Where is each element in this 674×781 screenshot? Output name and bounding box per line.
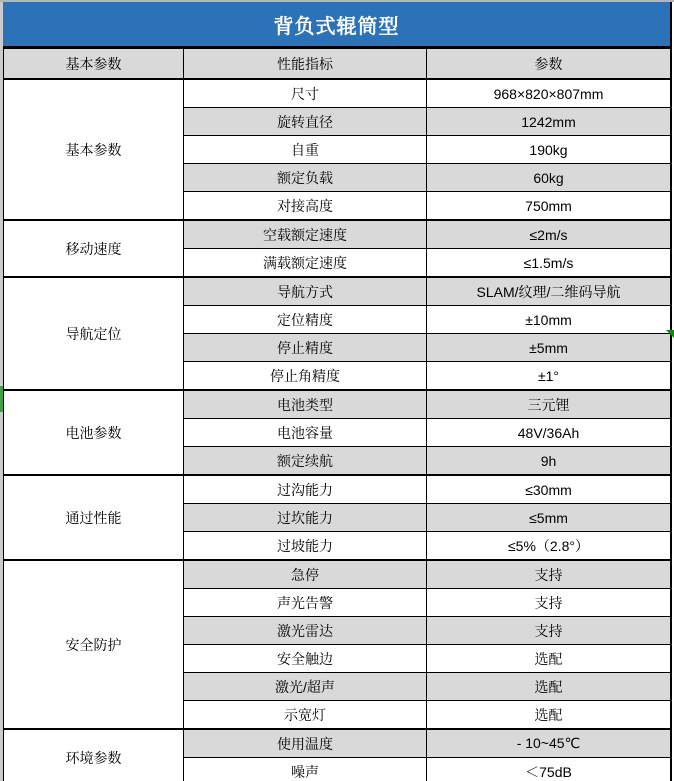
table-row: 通过性能过沟能力≤30mm <box>4 475 672 504</box>
spec-name-cell: 过沟能力 <box>184 475 427 504</box>
table-title-bar: 背负式辊筒型 <box>3 2 672 48</box>
spec-value-cell: ≤5mm <box>427 504 672 532</box>
spec-name-cell: 额定续航 <box>184 447 427 476</box>
spec-value-cell: 1242mm <box>427 108 672 136</box>
spec-table-body: 基本参数尺寸968×820×807mm旋转直径1242mm自重190kg额定负载… <box>4 79 672 781</box>
spec-value-cell: ±1° <box>427 362 672 391</box>
spec-value-cell: ＜75dB <box>427 758 672 781</box>
spec-name-cell: 自重 <box>184 136 427 164</box>
comment-marker-icon <box>666 330 674 338</box>
group-label-cell: 电池参数 <box>4 390 184 475</box>
column-header-indicator: 性能指标 <box>184 49 427 80</box>
table-row: 电池参数电池类型三元锂 <box>4 390 672 419</box>
spec-value-cell: 支持 <box>427 560 672 589</box>
group-label-cell: 通过性能 <box>4 475 184 560</box>
spec-value-cell: 60kg <box>427 164 672 192</box>
spec-value-cell: 支持 <box>427 589 672 617</box>
spec-value-cell: 48V/36Ah <box>427 419 672 447</box>
spec-value-cell: 选配 <box>427 645 672 673</box>
spec-name-cell: 噪声 <box>184 758 427 781</box>
spec-name-cell: 尺寸 <box>184 79 427 108</box>
spec-name-cell: 过坡能力 <box>184 532 427 561</box>
spec-name-cell: 停止精度 <box>184 334 427 362</box>
excel-selection-mark <box>0 386 3 412</box>
spec-value-cell: 9h <box>427 447 672 476</box>
group-label-cell: 环境参数 <box>4 729 184 781</box>
column-header-category: 基本参数 <box>4 49 184 80</box>
spec-name-cell: 声光告警 <box>184 589 427 617</box>
spec-value-cell: 选配 <box>427 701 672 730</box>
spec-name-cell: 对接高度 <box>184 192 427 221</box>
spec-value-cell: 750mm <box>427 192 672 221</box>
spec-name-cell: 定位精度 <box>184 306 427 334</box>
spec-value-cell: ±5mm <box>427 334 672 362</box>
table-row: 移动速度空载额定速度≤2m/s <box>4 220 672 249</box>
spec-value-cell: 选配 <box>427 673 672 701</box>
spec-value-cell: - 10~45℃ <box>427 729 672 758</box>
spec-value-cell: 支持 <box>427 617 672 645</box>
spec-table: 基本参数 性能指标 参数 基本参数尺寸968×820×807mm旋转直径1242… <box>3 48 672 781</box>
spec-value-cell: SLAM/纹理/二维码导航 <box>427 277 672 306</box>
group-label-cell: 导航定位 <box>4 277 184 390</box>
group-label-cell: 安全防护 <box>4 560 184 729</box>
spec-value-cell: 三元锂 <box>427 390 672 419</box>
table-row: 安全防护急停支持 <box>4 560 672 589</box>
table-row: 导航定位导航方式SLAM/纹理/二维码导航 <box>4 277 672 306</box>
spec-value-cell: ≤5%（2.8°） <box>427 532 672 561</box>
spec-sheet-screenshot: 背负式辊筒型 基本参数 性能指标 参数 基本参数尺寸968×820×807mm旋… <box>0 0 674 781</box>
spec-name-cell: 安全触边 <box>184 645 427 673</box>
column-header-parameter: 参数 <box>427 49 672 80</box>
spec-name-cell: 急停 <box>184 560 427 589</box>
table-row: 基本参数尺寸968×820×807mm <box>4 79 672 108</box>
spec-name-cell: 电池容量 <box>184 419 427 447</box>
spec-value-cell: ≤1.5m/s <box>427 249 672 278</box>
group-label-cell: 基本参数 <box>4 79 184 220</box>
table-title: 背负式辊筒型 <box>274 10 400 39</box>
group-label-cell: 移动速度 <box>4 220 184 277</box>
header-row: 基本参数 性能指标 参数 <box>4 49 672 80</box>
spec-name-cell: 额定负载 <box>184 164 427 192</box>
spec-value-cell: ≤30mm <box>427 475 672 504</box>
spec-name-cell: 旋转直径 <box>184 108 427 136</box>
spec-name-cell: 示宽灯 <box>184 701 427 730</box>
spec-name-cell: 激光雷达 <box>184 617 427 645</box>
spec-value-cell: ≤2m/s <box>427 220 672 249</box>
spec-name-cell: 空载额定速度 <box>184 220 427 249</box>
spec-name-cell: 导航方式 <box>184 277 427 306</box>
spec-name-cell: 停止角精度 <box>184 362 427 391</box>
spec-table-wrap: 背负式辊筒型 基本参数 性能指标 参数 基本参数尺寸968×820×807mm旋… <box>3 2 672 781</box>
spec-value-cell: 968×820×807mm <box>427 79 672 108</box>
spec-name-cell: 电池类型 <box>184 390 427 419</box>
spec-name-cell: 激光/超声 <box>184 673 427 701</box>
spec-name-cell: 使用温度 <box>184 729 427 758</box>
spec-name-cell: 过坎能力 <box>184 504 427 532</box>
spec-name-cell: 满载额定速度 <box>184 249 427 278</box>
table-row: 环境参数使用温度- 10~45℃ <box>4 729 672 758</box>
spec-value-cell: 190kg <box>427 136 672 164</box>
spec-value-cell: ±10mm <box>427 306 672 334</box>
